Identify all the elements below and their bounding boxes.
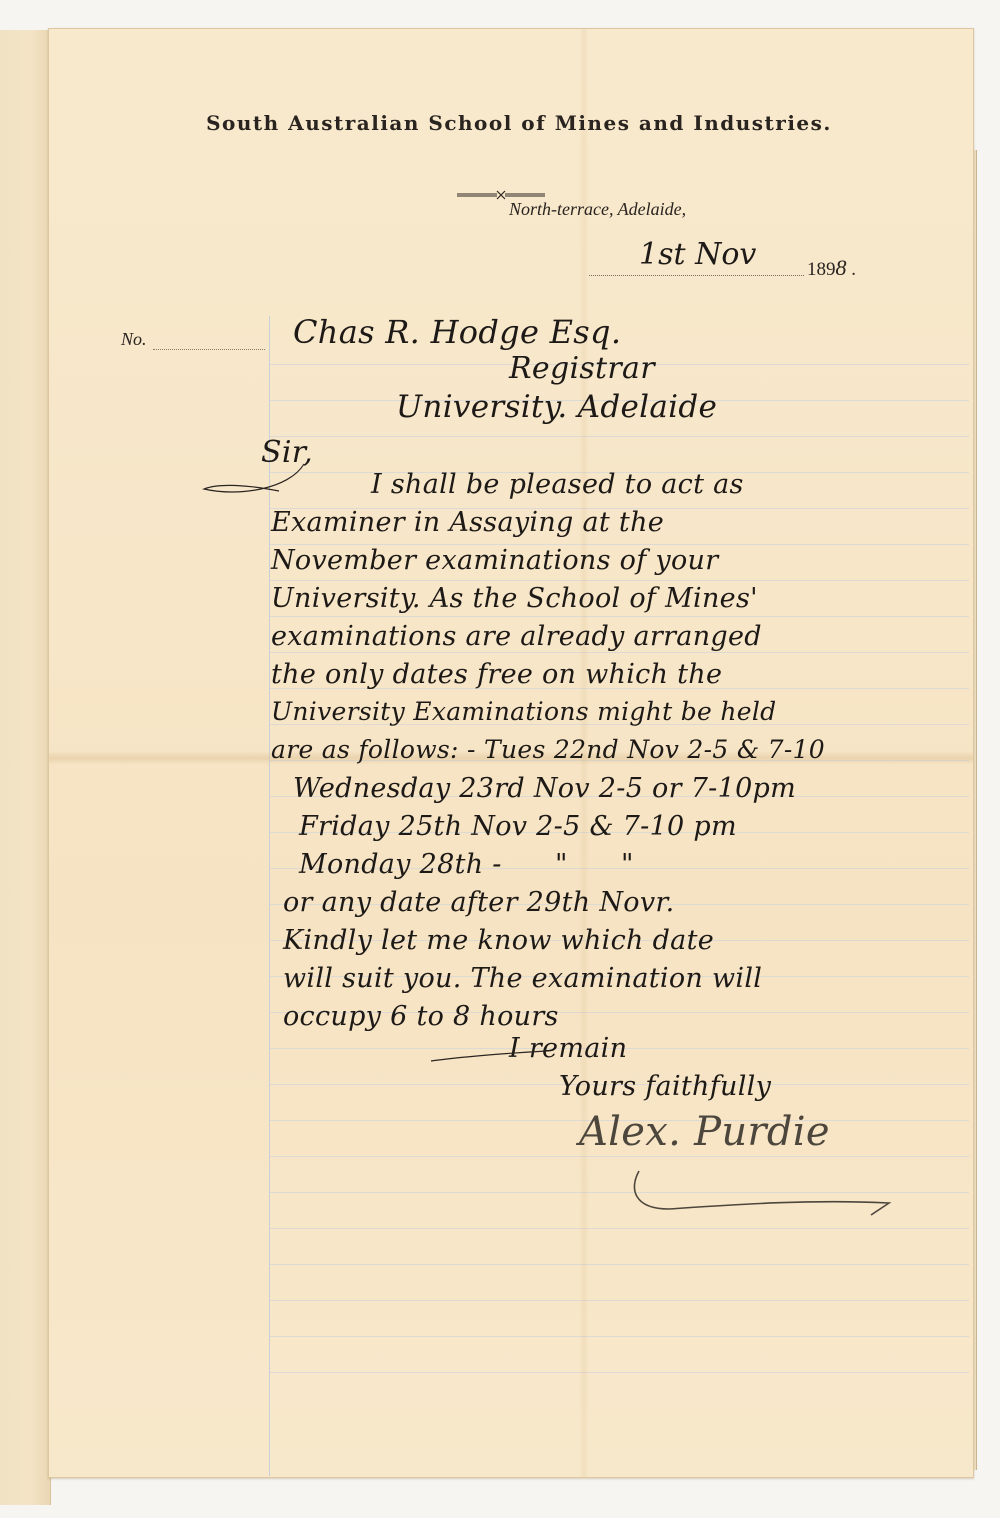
salutation-flourish bbox=[199, 459, 309, 499]
body-line-10: Friday 25th Nov 2-5 & 7-10 pm bbox=[299, 811, 737, 842]
closing-flourish bbox=[429, 1045, 549, 1065]
date-handwritten: 1st Nov bbox=[639, 237, 756, 272]
folded-back-sheet bbox=[0, 30, 51, 1505]
letter-page: South Australian School of Mines and Ind… bbox=[48, 28, 974, 1478]
body-line-5: examinations are already arranged bbox=[271, 621, 762, 652]
letterhead-address: North-terrace, Adelaide, bbox=[509, 199, 686, 220]
number-dotted-line bbox=[153, 349, 265, 350]
date-line: 1st Nov 1898 . bbox=[589, 237, 899, 281]
body-line-6: the only dates free on which the bbox=[271, 659, 722, 690]
body-line-9: Wednesday 23rd Nov 2-5 or 7-10pm bbox=[293, 773, 796, 804]
signature: Alex. Purdie bbox=[579, 1109, 830, 1155]
number-label: No. bbox=[121, 329, 147, 350]
closing-yours-faithfully: Yours faithfully bbox=[559, 1071, 771, 1102]
body-line-3: November examinations of your bbox=[271, 545, 718, 576]
letterhead-title: South Australian School of Mines and Ind… bbox=[49, 111, 973, 135]
body-line-13: Kindly let me know which date bbox=[283, 925, 714, 956]
recipient-address: University. Adelaide bbox=[396, 389, 717, 425]
body-line-7: University Examinations might be held bbox=[271, 697, 776, 726]
body-line-15: occupy 6 to 8 hours bbox=[283, 1001, 559, 1032]
body-line-11: Monday 28th - " " bbox=[299, 849, 634, 880]
signature-flourish bbox=[609, 1169, 909, 1219]
date-year: 1898 . bbox=[807, 255, 856, 281]
body-line-4: University. As the School of Mines' bbox=[271, 583, 758, 614]
body-line-8: are as follows: - Tues 22nd Nov 2-5 & 7-… bbox=[271, 735, 825, 764]
body-line-1: I shall be pleased to act as bbox=[371, 469, 744, 500]
body-line-12: or any date after 29th Novr. bbox=[283, 887, 675, 918]
body-line-2: Examiner in Assaying at the bbox=[271, 507, 664, 538]
recipient-title: Registrar bbox=[509, 351, 655, 386]
date-dotted-line bbox=[589, 275, 804, 276]
recipient-name: Chas R. Hodge Esq. bbox=[293, 313, 621, 351]
body-line-14: will suit you. The examination will bbox=[283, 963, 762, 994]
